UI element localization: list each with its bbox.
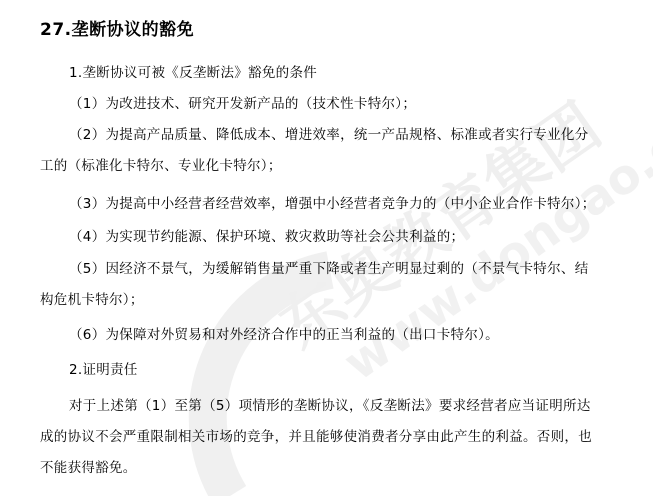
condition-item-3: （3）为提高中小经营者经营效率，增强中小经营者竞争力的（中小企业合作卡特尔）； [69, 195, 596, 213]
section-heading-burden-of-proof: 2.证明责任 [69, 361, 138, 379]
section-heading-exemption-conditions: 1.垄断协议可被《反垄断法》豁免的条件 [69, 64, 317, 82]
burden-paragraph-line-2: 成的协议不会严重限制相关市场的竞争，并且能够使消费者分享由此产生的利益。否则，也 [40, 428, 592, 446]
condition-item-5-continued: 构危机卡特尔）； [40, 291, 144, 309]
condition-item-1: （1）为改进技术、研究开发新产品的（技术性卡特尔）； [69, 95, 416, 113]
burden-paragraph-line-1: 对于上述第（1）至第（5）项情形的垄断协议，《反垄断法》要求经营者应当证明所达 [69, 397, 591, 415]
condition-item-5: （5）因经济不景气，为缓解销售量严重下降或者生产明显过剩的（不景气卡特尔、结 [69, 260, 589, 278]
document-title: 27.垄断协议的豁免 [40, 15, 194, 40]
condition-item-6: （6）为保障对外贸易和对外经济合作中的正当利益的（出口卡特尔）。 [69, 326, 499, 344]
condition-item-2: （2）为提高产品质量、降低成本、增进效率，统一产品规格、标准或者实行专业化分 [69, 126, 589, 144]
condition-item-2-continued: 工的（标准化卡特尔、专业化卡特尔）； [40, 157, 282, 175]
burden-paragraph-line-3: 不能获得豁免。 [40, 459, 137, 477]
condition-item-4: （4）为实现节约能源、保护环境、救灾救助等社会公共利益的； [69, 228, 464, 246]
